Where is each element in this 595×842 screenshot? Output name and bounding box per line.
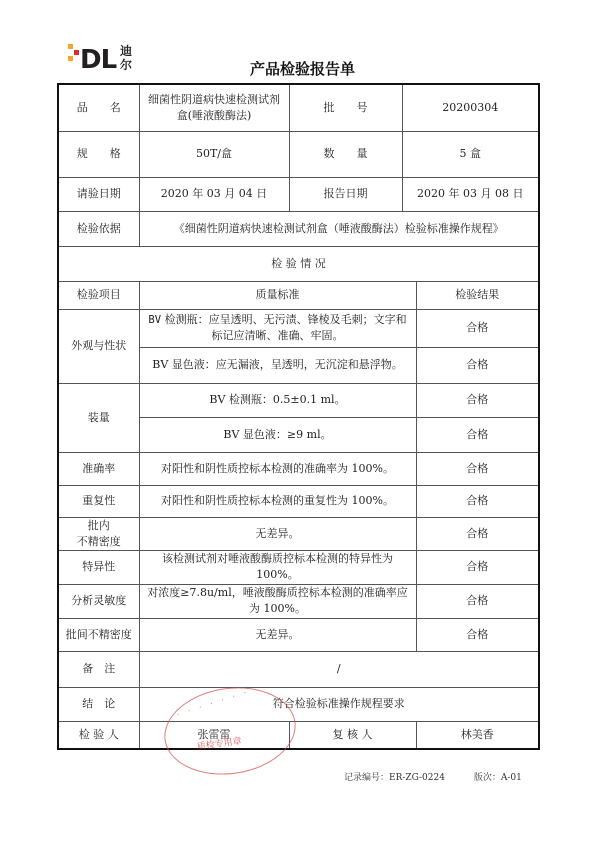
item-result: 合格	[416, 383, 539, 417]
row-remarks: 备 注 /	[58, 651, 539, 687]
item-result: 合格	[416, 347, 539, 383]
row-signatures: 检 验 人 张雷雷 复 核 人 林美香	[58, 721, 539, 749]
value-reviewer: 林美香	[416, 721, 539, 749]
table-row: 特异性 该检测试剂对唾液酸酶质控标本检测的特异性为 100%。 合格	[58, 550, 539, 584]
item-result: 合格	[416, 584, 539, 618]
value-quantity: 5 盒	[402, 131, 539, 177]
footer: 记录编号：ER-ZG-0224 版次：A-01	[344, 770, 548, 783]
value-spec: 50T/盒	[139, 131, 289, 177]
item-name: 批间不精密度	[58, 618, 139, 651]
row-conclusion: 结 论 符合检验标准操作规程要求	[58, 687, 539, 721]
item-standard: BV 显色液：≥9 ml。	[139, 417, 416, 452]
item-standard: BV 检测瓶：应呈透明、无污渍、锋棱及毛刺；文字和标记应清晰、准确、牢固。	[139, 309, 416, 347]
standard-text: 检测瓶：应呈透明、无污渍、锋棱及毛刺；文字和标记应清晰、准确、牢固。	[165, 313, 407, 342]
table-row: 准确率 对阳性和阴性质控标本检测的准确率为 100%。 合格	[58, 452, 539, 485]
item-result: 合格	[416, 550, 539, 584]
table-row: 分析灵敏度 对浓度≥7.8u/ml，唾液酸酶质控标本检测的准确率应为 100%。…	[58, 584, 539, 618]
item-result: 合格	[416, 309, 539, 347]
item-standard: 对阳性和阴性质控标本检测的准确率为 100%。	[139, 452, 416, 485]
row-basis: 检验依据 《细菌性阴道病快速检测试剂盒（唾液酸酶法）检验标准操作规程》	[58, 211, 539, 246]
table-row: 外观与性状 BV 检测瓶：应呈透明、无污渍、锋棱及毛刺；文字和标记应清晰、准确、…	[58, 309, 539, 347]
col-header-standard: 质量标准	[139, 281, 416, 309]
value-inspector: 张雷雷	[139, 721, 289, 749]
item-result: 合格	[416, 452, 539, 485]
item-name: 装量	[58, 383, 139, 452]
label-spec: 规 格	[58, 131, 139, 177]
logo-square-2	[74, 50, 79, 55]
label-reviewer: 复 核 人	[289, 721, 416, 749]
row-section-title: 检 验 情 况	[58, 246, 539, 281]
version: 版次：A-01	[474, 773, 522, 783]
item-result: 合格	[416, 517, 539, 550]
inspection-report-table: 品 名 细菌性阴道病快速检测试剂盒(唾液酸酶法) 批 号 20200304 规 …	[57, 83, 540, 750]
col-header-result: 检验结果	[416, 281, 539, 309]
item-name: 特异性	[58, 550, 139, 584]
label-remarks: 备 注	[58, 651, 139, 687]
value-product-name: 细菌性阴道病快速检测试剂盒(唾液酸酶法)	[139, 84, 289, 131]
item-name: 分析灵敏度	[58, 584, 139, 618]
logo-square-1	[68, 44, 73, 49]
item-result: 合格	[416, 417, 539, 452]
logo-cn-line1: 迪	[120, 44, 132, 58]
item-name: 准确率	[58, 452, 139, 485]
label-product-name: 品 名	[58, 84, 139, 131]
item-result: 合格	[416, 618, 539, 651]
value-request-date: 2020 年 03 月 04 日	[139, 177, 289, 211]
table-row: 重复性 对阳性和阴性质控标本检测的重复性为 100%。 合格	[58, 485, 539, 517]
item-name: 重复性	[58, 485, 139, 517]
table-row: 装量 BV 检测瓶：0.5±0.1 ml。 合格	[58, 383, 539, 417]
item-name: 批内 不精密度	[58, 517, 139, 550]
item-standard: 无差异。	[139, 517, 416, 550]
row-column-headers: 检验项目 质量标准 检验结果	[58, 281, 539, 309]
item-result: 合格	[416, 485, 539, 517]
label-request-date: 请验日期	[58, 177, 139, 211]
item-standard: 对阳性和阴性质控标本检测的重复性为 100%。	[139, 485, 416, 517]
item-standard: BV 检测瓶：0.5±0.1 ml。	[139, 383, 416, 417]
value-remarks: /	[139, 651, 539, 687]
value-conclusion: 符合检验标准操作规程要求	[139, 687, 539, 721]
item-standard: 对浓度≥7.8u/ml，唾液酸酶质控标本检测的准确率应为 100%。	[139, 584, 416, 618]
value-report-date: 2020 年 03 月 08 日	[402, 177, 539, 211]
table-row: 批内 不精密度 无差异。 合格	[58, 517, 539, 550]
label-conclusion: 结 论	[58, 687, 139, 721]
row-spec: 规 格 50T/盒 数 量 5 盒	[58, 131, 539, 177]
section-title: 检 验 情 况	[58, 246, 539, 281]
col-header-item: 检验项目	[58, 281, 139, 309]
row-product-name: 品 名 细菌性阴道病快速检测试剂盒(唾液酸酶法) 批 号 20200304	[58, 84, 539, 131]
table-row: 批间不精密度 无差异。 合格	[58, 618, 539, 651]
value-batch-no: 20200304	[402, 84, 539, 131]
document-title: 产品检验报告单	[0, 58, 595, 79]
label-batch-no: 批 号	[289, 84, 402, 131]
row-dates: 请验日期 2020 年 03 月 04 日 报告日期 2020 年 03 月 0…	[58, 177, 539, 211]
item-standard: BV 显色液：应无漏液，呈透明，无沉淀和悬浮物。	[139, 347, 416, 383]
label-quantity: 数 量	[289, 131, 402, 177]
item-name: 外观与性状	[58, 309, 139, 383]
label-report-date: 报告日期	[289, 177, 402, 211]
label-basis: 检验依据	[58, 211, 139, 246]
label-inspector: 检 验 人	[58, 721, 139, 749]
item-standard: 无差异。	[139, 618, 416, 651]
item-standard: 该检测试剂对唾液酸酶质控标本检测的特异性为 100%。	[139, 550, 416, 584]
value-basis: 《细菌性阴道病快速检测试剂盒（唾液酸酶法）检验标准操作规程》	[139, 211, 539, 246]
record-number: 记录编号：ER-ZG-0224	[344, 773, 445, 783]
